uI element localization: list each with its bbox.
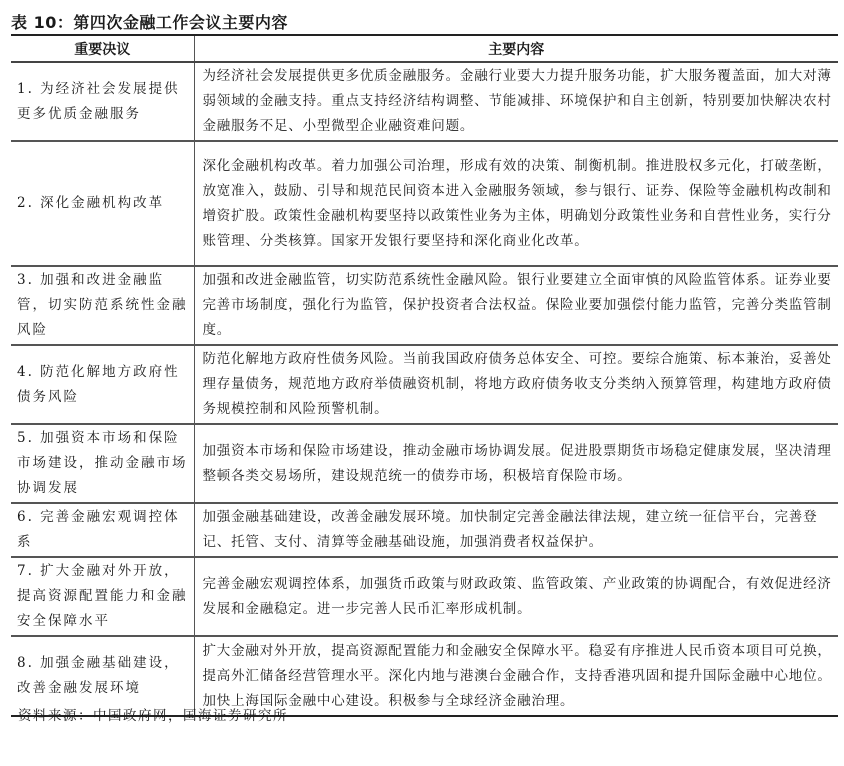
content-cell: 为经济社会发展提供更多优质金融服务。金融行业要大力提升服务功能，扩大服务覆盖面，… — [194, 62, 838, 141]
table-title: 表 10：第四次金融工作会议主要内容 — [11, 10, 288, 33]
resolutions-table: 重要决议 主要内容 1. 为经济社会发展提供更多优质金融服务 为经济社会发展提供… — [11, 34, 838, 717]
table-row: 2. 深化金融机构改革 深化金融机构改革。着力加强公司治理，形成有效的决策、制衡… — [11, 141, 838, 266]
header-content: 主要内容 — [194, 35, 838, 62]
table-row: 6. 完善金融宏观调控体系 加强金融基础建设，改善金融发展环境。加快制定完善金融… — [11, 503, 838, 557]
decision-cell: 4. 防范化解地方政府性债务风险 — [11, 345, 194, 424]
decision-cell: 3. 加强和改进金融监管，切实防范系统性金融风险 — [11, 266, 194, 345]
table-row: 5. 加强资本市场和保险市场建设，推动金融市场协调发展 加强资本市场和保险市场建… — [11, 424, 838, 503]
content-cell: 加强资本市场和保险市场建设，推动金融市场协调发展。促进股票期货市场稳定健康发展，… — [194, 424, 838, 503]
decision-cell: 7. 扩大金融对外开放，提高资源配置能力和金融安全保障水平 — [11, 557, 194, 636]
table-row: 7. 扩大金融对外开放，提高资源配置能力和金融安全保障水平 完善金融宏观调控体系… — [11, 557, 838, 636]
decision-cell: 1. 为经济社会发展提供更多优质金融服务 — [11, 62, 194, 141]
header-decision: 重要决议 — [11, 35, 194, 62]
table-header-row: 重要决议 主要内容 — [11, 35, 838, 62]
decision-cell: 2. 深化金融机构改革 — [11, 141, 194, 266]
decision-cell: 5. 加强资本市场和保险市场建设，推动金融市场协调发展 — [11, 424, 194, 503]
content-cell: 扩大金融对外开放，提高资源配置能力和金融安全保障水平。稳妥有序推进人民币资本项目… — [194, 636, 838, 716]
content-cell: 加强和改进金融监管，切实防范系统性金融风险。银行业要建立全面审慎的风险监管体系。… — [194, 266, 838, 345]
source-note: 资料来源：中国政府网，国海证券研究所 — [18, 704, 288, 724]
table-row: 1. 为经济社会发展提供更多优质金融服务 为经济社会发展提供更多优质金融服务。金… — [11, 62, 838, 141]
table-row: 4. 防范化解地方政府性债务风险 防范化解地方政府性债务风险。当前我国政府债务总… — [11, 345, 838, 424]
content-cell: 防范化解地方政府性债务风险。当前我国政府债务总体安全、可控。要综合施策、标本兼治… — [194, 345, 838, 424]
content-cell: 完善金融宏观调控体系，加强货币政策与财政政策、监管政策、产业政策的协调配合，有效… — [194, 557, 838, 636]
decision-cell: 6. 完善金融宏观调控体系 — [11, 503, 194, 557]
content-cell: 深化金融机构改革。着力加强公司治理，形成有效的决策、制衡机制。推进股权多元化，打… — [194, 141, 838, 266]
table-row: 3. 加强和改进金融监管，切实防范系统性金融风险 加强和改进金融监管，切实防范系… — [11, 266, 838, 345]
content-cell: 加强金融基础建设，改善金融发展环境。加快制定完善金融法律法规，建立统一征信平台，… — [194, 503, 838, 557]
